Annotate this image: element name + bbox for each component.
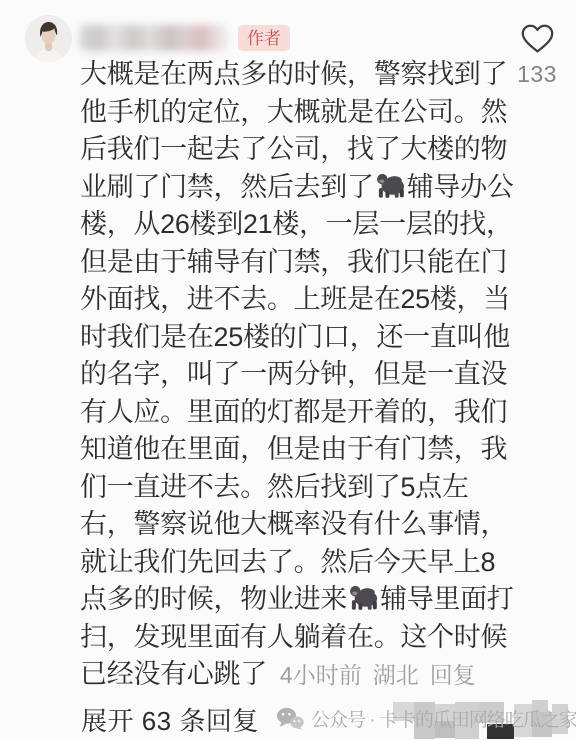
comment-line-segment: 已经没有心跳了 — [80, 659, 267, 689]
comment-line: 扫，发现里面有人躺着在。这个时候 — [80, 619, 514, 657]
comment-line: 业刷了门禁，然后去到了 辅导办公 — [80, 169, 514, 207]
like-button[interactable]: 133 — [505, 21, 569, 88]
expand-replies-button[interactable]: 展开 63 条回复 — [81, 701, 259, 738]
comment-line: 知道他在里面，但是由于有门禁，我 — [80, 431, 514, 469]
comment-line: 的名字，叫了一两分钟，但是一直没 — [80, 356, 514, 394]
comment-text: 大概是在两点多的时候，警察找到了 他手机的定位，大概就是在公司。然 后我们一起去… — [80, 56, 514, 694]
comment-time: 4小时前 — [280, 662, 362, 688]
reply-button[interactable]: 回复 — [430, 662, 476, 688]
comment-line: 后我们一起去了公司，找了大楼的物 — [80, 131, 514, 169]
comment-line: 有人应。里面的灯都是开着的，我们 — [80, 394, 514, 432]
avatar[interactable] — [25, 15, 72, 62]
author-badge: 作者 — [238, 25, 290, 51]
comment-line: 外面找，进不去。上班是在25楼，当 — [80, 281, 514, 319]
wechat-icon — [276, 707, 304, 730]
comment-line-segment: 辅导办公 — [407, 172, 514, 202]
heart-icon — [505, 21, 569, 59]
gorilla-emoji-icon — [348, 583, 379, 611]
like-count: 133 — [505, 61, 569, 88]
username-redacted[interactable] — [79, 25, 228, 51]
comment-line-segment: 业刷了门禁，然后去到了 — [80, 172, 374, 202]
comment-line: 时我们是在25楼的门口，还一直叫他 — [80, 319, 514, 357]
comment-line: 大概是在两点多的时候，警察找到了 — [80, 56, 514, 94]
watermark-text: 公众号 · 卡卡的瓜田网络吃瓜之家 — [311, 705, 576, 732]
comment-line: 他手机的定位，大概就是在公司。然 — [80, 94, 514, 132]
comment-line: 楼，从26楼到21楼，一层一层的找， — [80, 206, 514, 244]
comment-line-segment: 点多的时候，物业进来 — [80, 584, 347, 614]
avatar-person-image — [25, 15, 72, 62]
comment-line: 但是由于辅导有门禁，我们只能在门 — [80, 244, 514, 282]
comment-line: 点多的时候，物业进来 辅导里面打 — [80, 581, 514, 619]
watermark: 公众号 · 卡卡的瓜田网络吃瓜之家 — [276, 705, 576, 732]
comment-line: 就让我们先回去了。然后今天早上8 — [80, 544, 514, 582]
comment-line: 们一直进不去。然后找到了5点左 — [80, 469, 514, 507]
gorilla-emoji-icon — [375, 171, 406, 199]
comment-line-segment: 辅导里面打 — [380, 584, 514, 614]
comment-line: 右，警察说他大概率没有什么事情， — [80, 506, 514, 544]
comment-location: 湖北 — [373, 662, 419, 688]
comment-line: 已经没有心跳了4小时前湖北回复 — [80, 656, 514, 694]
comment-meta: 4小时前湖北回复 — [280, 662, 476, 688]
